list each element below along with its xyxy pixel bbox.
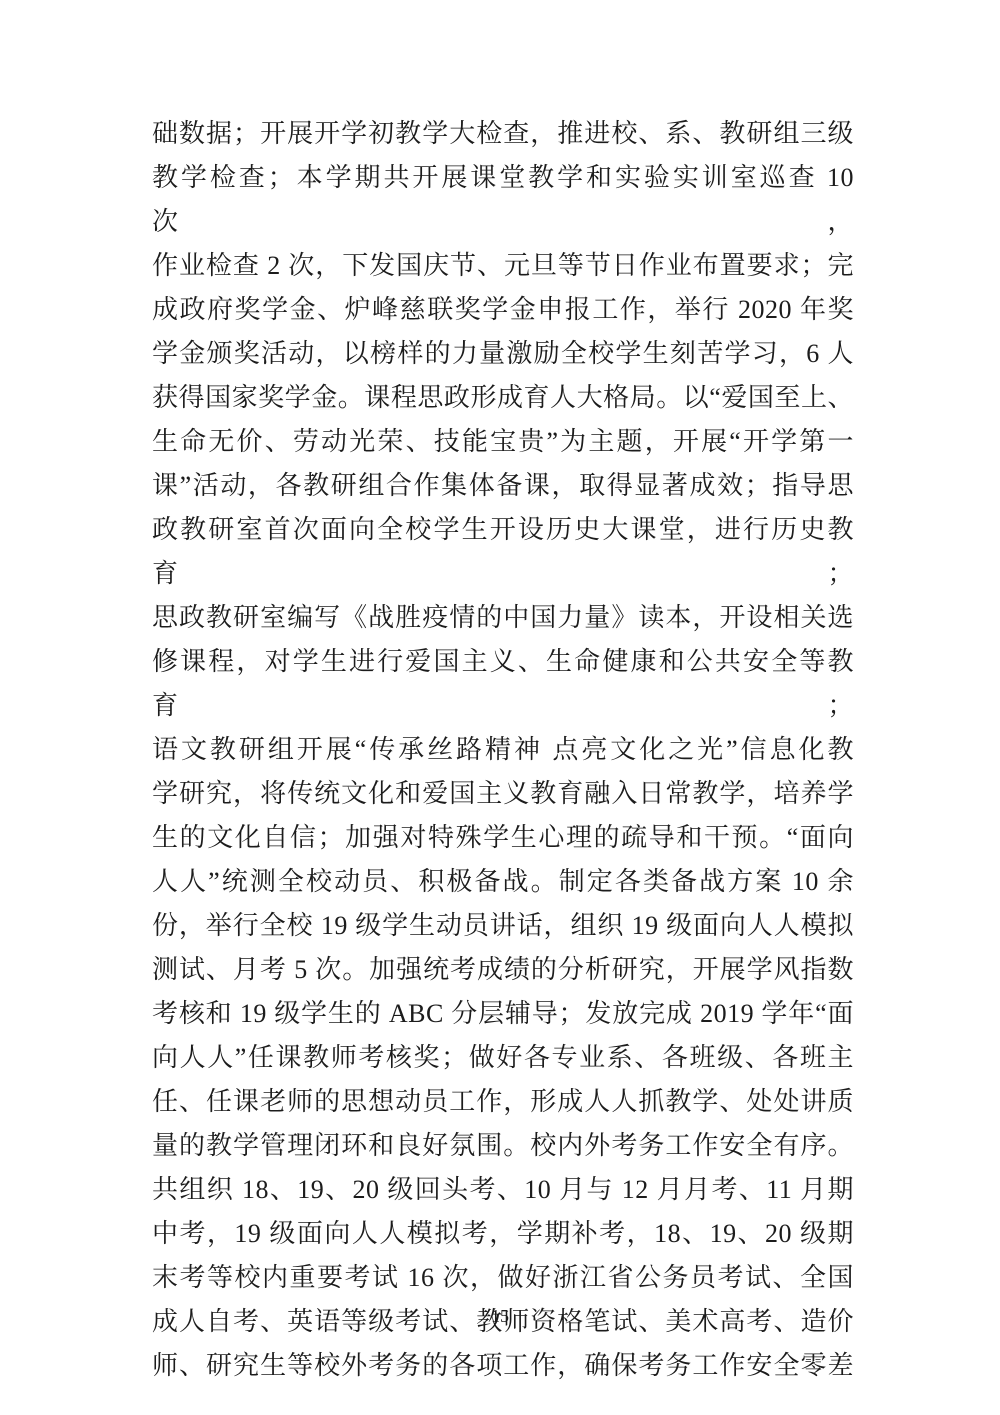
text-line: 生的文化自信；加强对特殊学生心理的疏导和干预。“面向 (152, 816, 854, 860)
text-line: 课”活动，各教研组合作集体备课，取得显著成效；指导思 (152, 464, 854, 508)
text-line: 语文教研组开展“传承丝路精神 点亮文化之光”信息化教 (152, 728, 854, 772)
text-line: 学金颁奖活动，以榜样的力量激励全校学生刻苦学习，6 人 (152, 332, 854, 376)
text-line: 教学检查；本学期共开展课堂教学和实验实训室巡查 10 次， (152, 156, 854, 244)
text-line: 思政教研室编写《战胜疫情的中国力量》读本，开设相关选 (152, 596, 854, 640)
text-line: 础数据；开展开学初教学大检查，推进校、系、教研组三级 (152, 112, 854, 156)
text-line: 政教研室首次面向全校学生开设历史大课堂，进行历史教育； (152, 508, 854, 596)
text-line: 共组织 18、19、20 级回头考、10 月与 12 月月考、11 月期 (152, 1168, 854, 1212)
text-line: 量的教学管理闭环和良好氛围。校内外考务工作安全有序。 (152, 1124, 854, 1168)
text-line: 末考等校内重要考试 16 次，做好浙江省公务员考试、全国 (152, 1256, 854, 1300)
text-line: 向人人”任课教师考核奖；做好各专业系、各班级、各班主 (152, 1036, 854, 1080)
text-line: 成政府奖学金、炉峰慈联奖学金申报工作，举行 2020 年奖 (152, 288, 854, 332)
text-line: 师、研究生等校外考务的各项工作，确保考务工作安全零差 (152, 1344, 854, 1388)
body-text: 础数据；开展开学初教学大检查，推进校、系、教研组三级教学检查；本学期共开展课堂教… (152, 112, 854, 1388)
text-line: 学研究，将传统文化和爱国主义教育融入日常教学，培养学 (152, 772, 854, 816)
text-line: 获得国家奖学金。课程思政形成育人大格局。以“爱国至上、 (152, 376, 854, 420)
text-line: 生命无价、劳动光荣、技能宝贵”为主题，开展“开学第一 (152, 420, 854, 464)
text-line: 作业检查 2 次，下发国庆节、元旦等节日作业布置要求；完 (152, 244, 854, 288)
page-number: 15 (0, 1303, 1000, 1329)
text-line: 修课程，对学生进行爱国主义、生命健康和公共安全等教育； (152, 640, 854, 728)
text-line: 考核和 19 级学生的 ABC 分层辅导；发放完成 2019 学年“面 (152, 992, 854, 1036)
document-page: 础数据；开展开学初教学大检查，推进校、系、教研组三级教学检查；本学期共开展课堂教… (0, 0, 1000, 1415)
text-line: 测试、月考 5 次。加强统考成绩的分析研究，开展学风指数 (152, 948, 854, 992)
text-line: 人人”统测全校动员、积极备战。制定各类备战方案 10 余 (152, 860, 854, 904)
text-line: 任、任课老师的思想动员工作，形成人人抓教学、处处讲质 (152, 1080, 854, 1124)
text-line: 中考，19 级面向人人模拟考，学期补考，18、19、20 级期 (152, 1212, 854, 1256)
text-line: 份，举行全校 19 级学生动员讲话，组织 19 级面向人人模拟 (152, 904, 854, 948)
